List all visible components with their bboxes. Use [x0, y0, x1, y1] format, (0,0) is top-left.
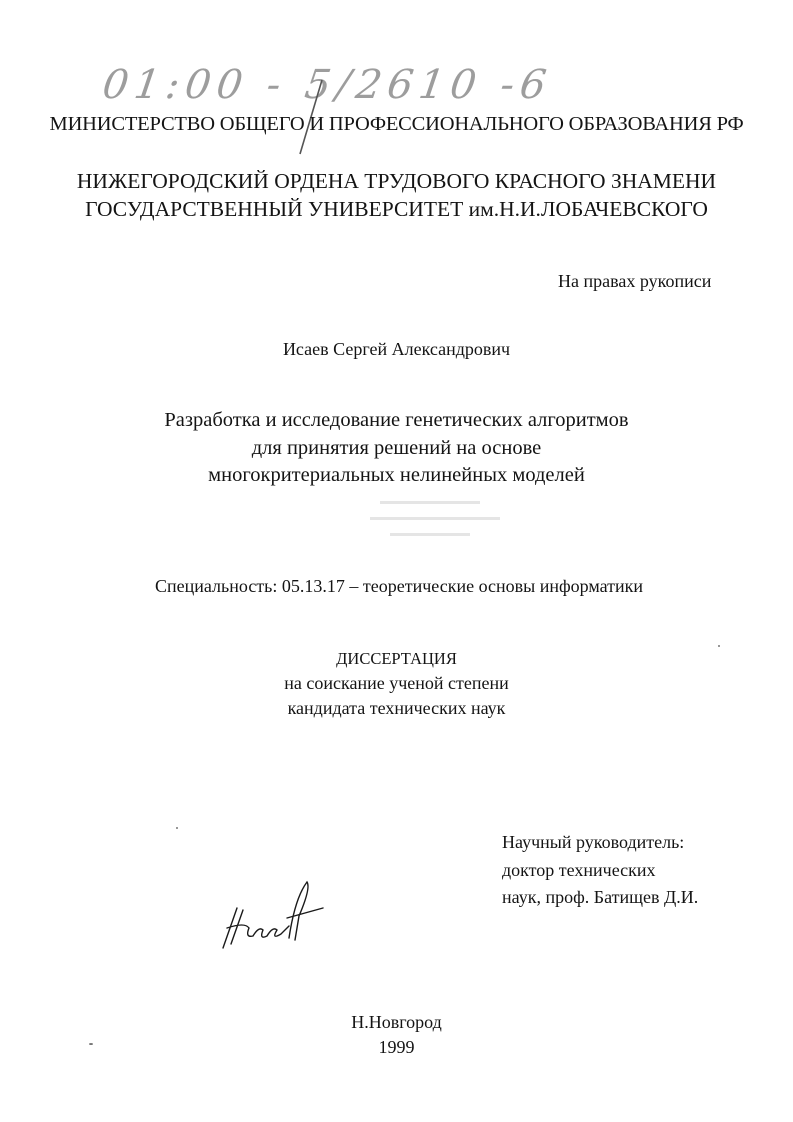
specialty-line: Специальность: 05.13.17 – теоретические … [155, 576, 643, 597]
manuscript-rights-note: На правах рукописи [558, 271, 711, 292]
scan-speck [718, 645, 720, 647]
dissertation-degree-block: ДИССЕРТАЦИЯ на соискание ученой степени … [0, 646, 793, 721]
year: 1999 [0, 1035, 793, 1060]
author-signature [215, 878, 325, 953]
dissertation-title: Разработка и исследование генетических а… [0, 407, 793, 490]
scan-speck [89, 1043, 93, 1045]
faded-stamp-mark [360, 495, 510, 545]
supervisor-label: Научный руководитель: [502, 829, 698, 857]
title-line-2: для принятия решений на основе [0, 435, 793, 463]
scan-speck [176, 827, 178, 829]
title-line-1: Разработка и исследование генетических а… [0, 407, 793, 435]
university-line-1: НИЖЕГОРОДСКИЙ ОРДЕНА ТРУДОВОГО КРАСНОГО … [0, 167, 793, 195]
handwritten-catalog-number: 01:00 - 5/2610 -6 [100, 62, 555, 108]
ministry-heading: МИНИСТЕРСТВО ОБЩЕГО И ПРОФЕССИОНАЛЬНОГО … [0, 113, 793, 136]
degree-line-2: кандидата технических наук [0, 696, 793, 721]
supervisor-block: Научный руководитель: доктор технических… [502, 829, 698, 912]
supervisor-line-3: наук, проф. Батищев Д.И. [502, 884, 698, 912]
city: Н.Новгород [0, 1010, 793, 1035]
degree-line-1: на соискание ученой степени [0, 671, 793, 696]
author-name: Исаев Сергей Александрович [0, 339, 793, 360]
dissertation-type: ДИССЕРТАЦИЯ [0, 646, 793, 671]
university-line-2: ГОСУДАРСТВЕННЫЙ УНИВЕРСИТЕТ им.Н.И.ЛОБАЧ… [0, 195, 793, 223]
university-heading: НИЖЕГОРОДСКИЙ ОРДЕНА ТРУДОВОГО КРАСНОГО … [0, 167, 793, 223]
title-line-3: многокритериальных нелинейных моделей [0, 462, 793, 490]
city-year-block: Н.Новгород 1999 [0, 1010, 793, 1060]
supervisor-line-2: доктор технических [502, 857, 698, 885]
